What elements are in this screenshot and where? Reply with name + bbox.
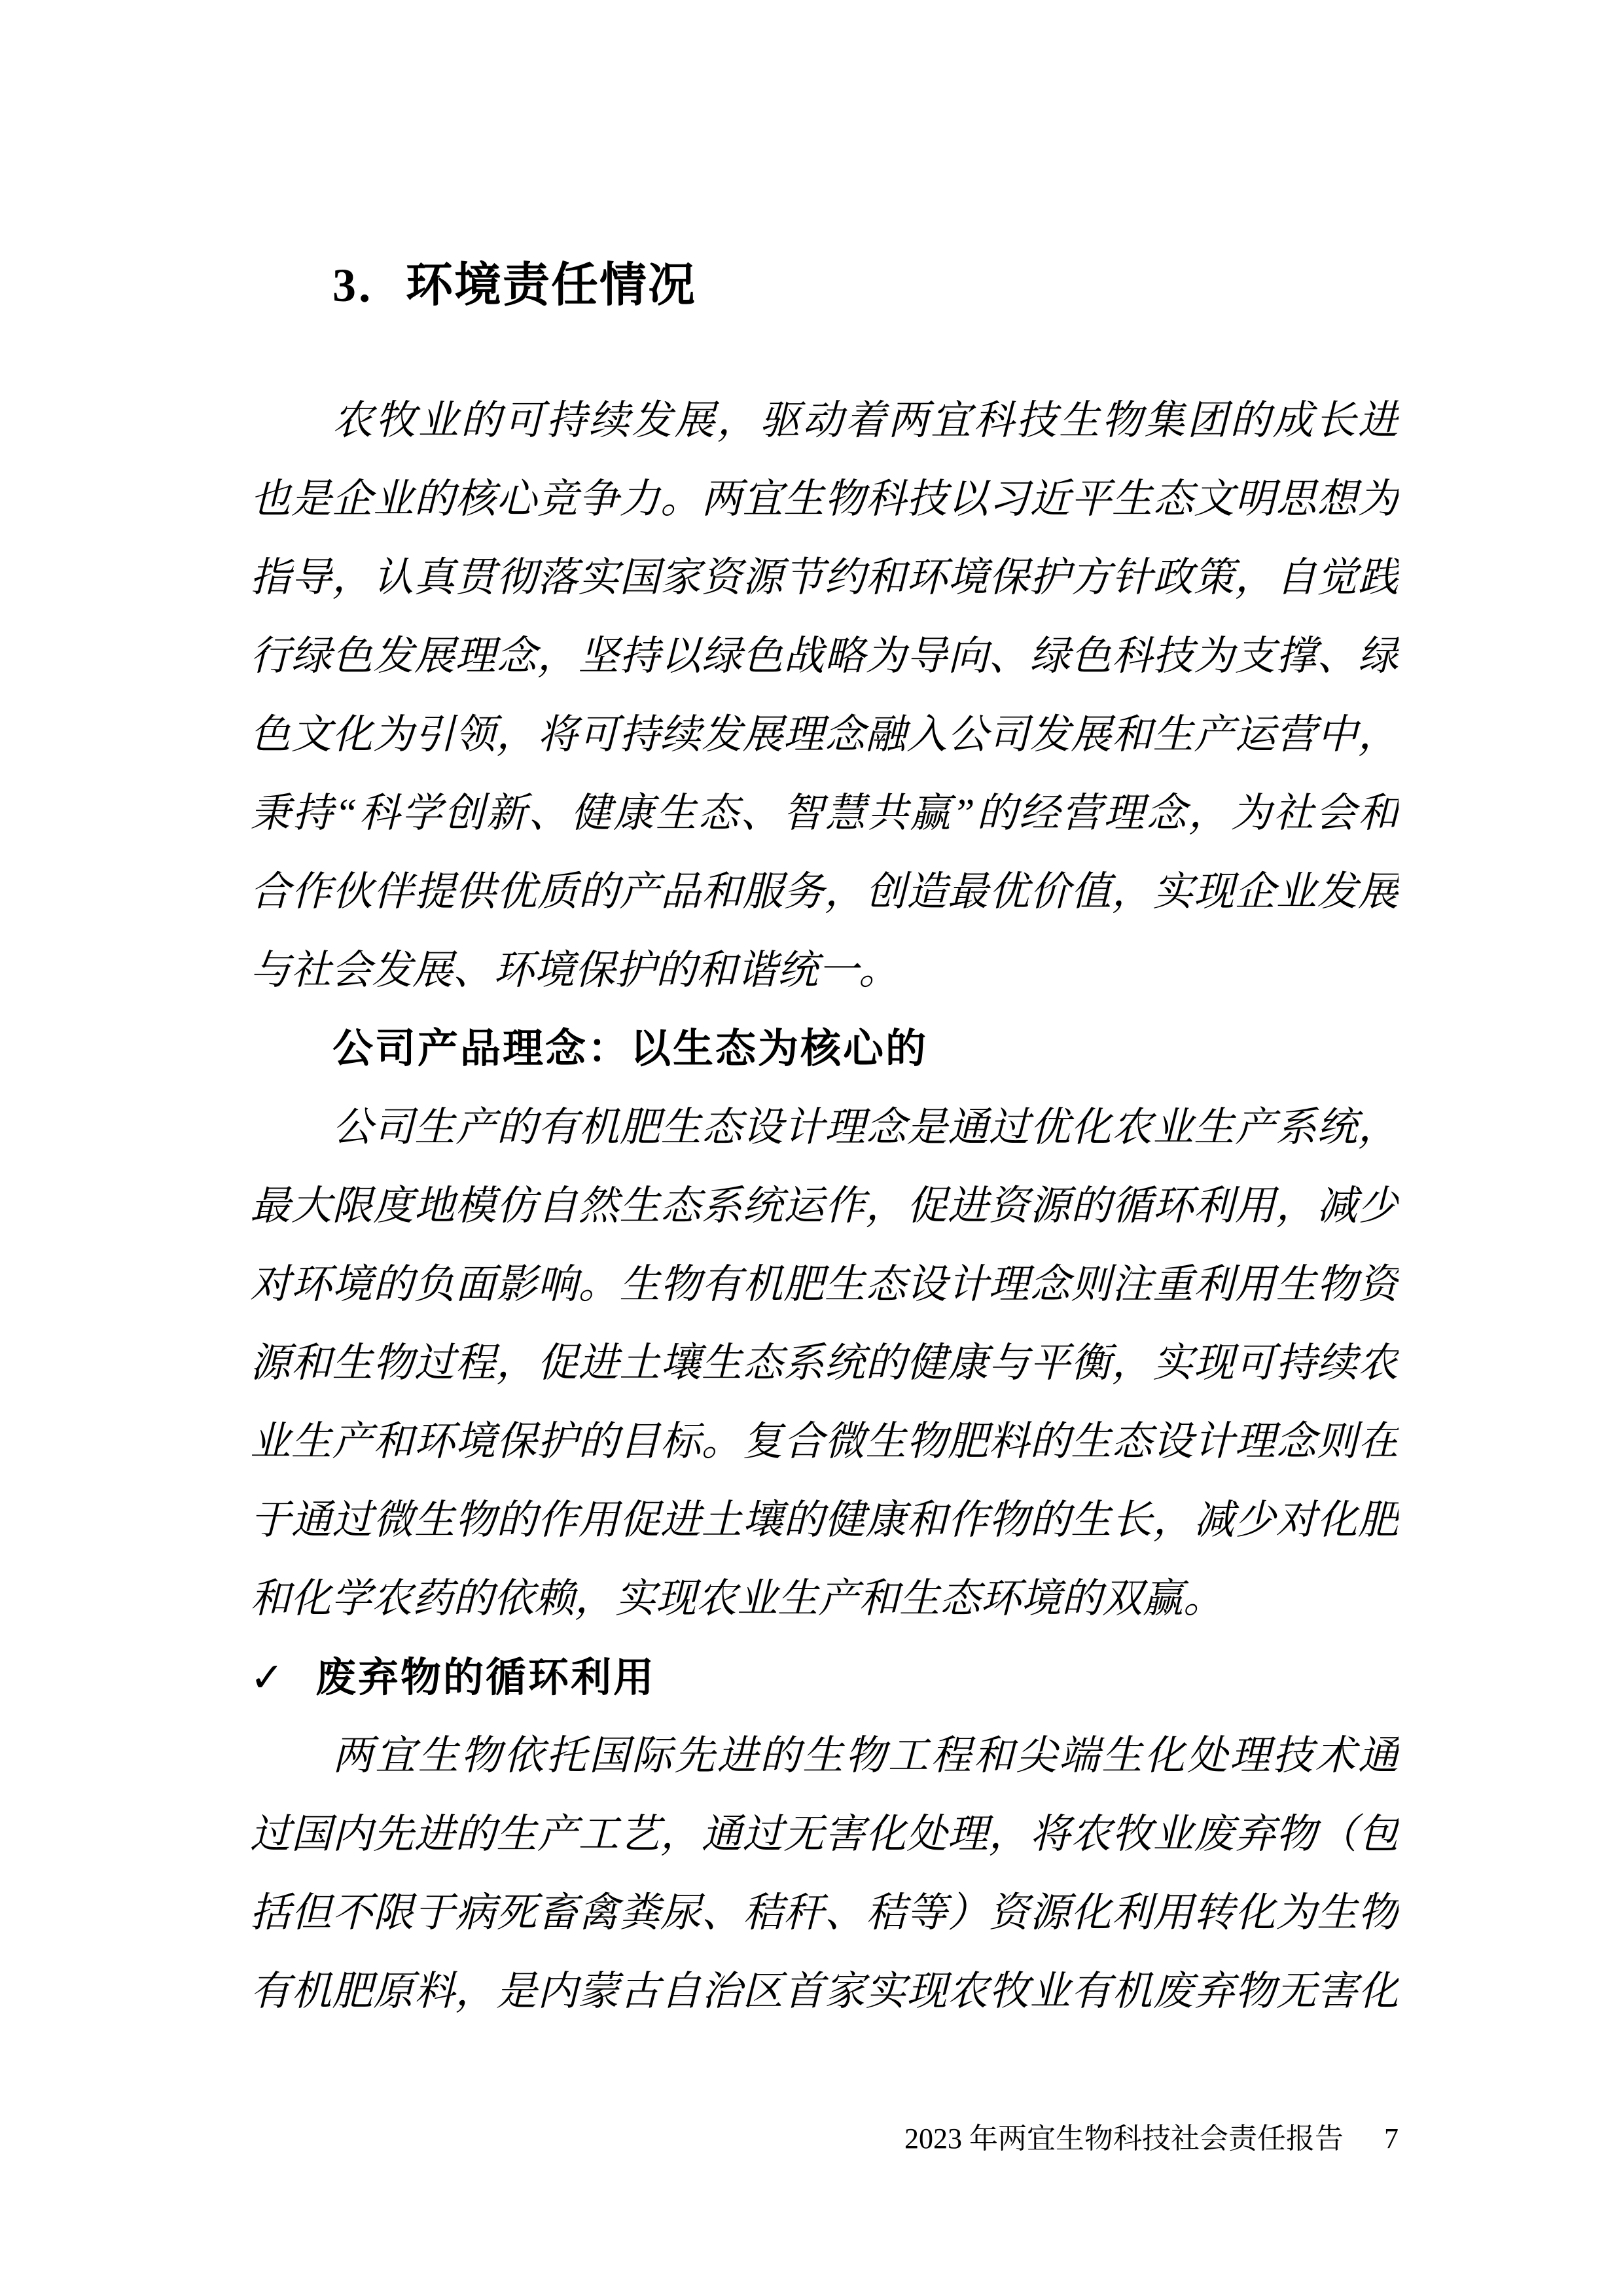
line-text: 括但不限于病死畜禽粪尿、秸秆、秸等）资源化利用转化为生物 <box>250 1891 1399 1935</box>
body-text-line: 括但不限于病死畜禽粪尿、秸秆、秸等）资源化利用转化为生物 <box>250 1874 1399 1952</box>
body-text-line: 于通过微生物的作用促进土壤的健康和作物的生长，减少对化肥 <box>250 1481 1399 1560</box>
checkmark-icon: ✓ <box>250 1638 286 1717</box>
body-text-line: 源和生物过程，促进土壤生态系统的健康与平衡，实现可持续农 <box>250 1324 1399 1403</box>
body-text-line: 有机肥原料，是内蒙古自治区首家实现农牧业有机废弃物无害化 <box>250 1952 1399 2031</box>
bullet-heading-line: ✓废弃物的循环利用 <box>250 1638 1399 1717</box>
line-text: 秉持“科学创新、健康生态、智慧共赢”的经营理念，为社会和 <box>250 791 1399 836</box>
line-text: 公司产品理念：以生态为核心的 <box>332 1027 928 1071</box>
body-text-line: 色文化为引领，将可持续发展理念融入公司发展和生产运营中， <box>250 696 1399 774</box>
line-text: 业生产和环境保护的目标。复合微生物肥料的生态设计理念则在 <box>250 1420 1399 1464</box>
line-text: 农牧业的可持续发展，驱动着两宜科技生物集团的成长进步， <box>250 399 1399 460</box>
body-text-line: 合作伙伴提供优质的产品和服务，创造最优价值，实现企业发展 <box>250 853 1399 931</box>
line-text: 色文化为引领，将可持续发展理念融入公司发展和生产运营中， <box>250 713 1399 757</box>
line-text: 和化学农药的依赖，实现农业生产和生态环境的双赢。 <box>250 1577 1224 1621</box>
body-text-line: 两宜生物依托国际先进的生物工程和尖端生化处理技术通 <box>250 1717 1399 1795</box>
body-text-line: 指导，认真贯彻落实国家资源节约和环境保护方针政策，自觉践 <box>250 539 1399 617</box>
page-number: 7 <box>1384 2119 1399 2159</box>
body-text-line: 过国内先进的生产工艺，通过无害化处理，将农牧业废弃物（包 <box>250 1795 1399 1874</box>
line-text: 源和生物过程，促进土壤生态系统的健康与平衡，实现可持续农 <box>250 1341 1399 1386</box>
body-text-line: 与社会发展、环境保护的和谐统一。 <box>250 931 1399 1010</box>
body-text-line: 公司生产的有机肥生态设计理念是通过优化农业生产系统， <box>250 1088 1399 1167</box>
body-text-line: 业生产和环境保护的目标。复合微生物肥料的生态设计理念则在 <box>250 1403 1399 1481</box>
footer-report-title: 2023 年两宜生物科技社会责任报告 <box>904 2119 1344 2159</box>
page-content: 3．环境责任情况 农牧业的可持续发展，驱动着两宜科技生物集团的成长进步，也是企业… <box>250 246 1399 2031</box>
subheading-line: 公司产品理念：以生态为核心的 <box>250 1010 1399 1088</box>
body-text-line: 农牧业的可持续发展，驱动着两宜科技生物集团的成长进步， <box>250 382 1399 460</box>
line-text: 于通过微生物的作用促进土壤的健康和作物的生长，减少对化肥 <box>250 1498 1399 1543</box>
body-text-line: 最大限度地模仿自然生态系统运作，促进资源的循环利用，减少 <box>250 1167 1399 1246</box>
body-text-line: 行绿色发展理念，坚持以绿色战略为导向、绿色科技为支撑、绿 <box>250 617 1399 696</box>
body-text-line: 秉持“科学创新、健康生态、智慧共赢”的经营理念，为社会和 <box>250 774 1399 853</box>
page-footer: 2023 年两宜生物科技社会责任报告 7 <box>904 2119 1399 2159</box>
section-heading: 3．环境责任情况 <box>332 246 1399 325</box>
line-text: 废弃物的循环利用 <box>315 1656 656 1700</box>
line-text: 对环境的负面影响。生物有机肥生态设计理念则注重利用生物资 <box>250 1263 1399 1307</box>
line-text: 也是企业的核心竞争力。两宜生物科技以习近平生态文明思想为 <box>250 477 1399 522</box>
line-text: 两宜生物依托国际先进的生物工程和尖端生化处理技术通 <box>332 1734 1399 1778</box>
line-text: 过国内先进的生产工艺，通过无害化处理，将农牧业废弃物（包 <box>250 1812 1399 1857</box>
line-text: 有机肥原料，是内蒙古自治区首家实现农牧业有机废弃物无害化 <box>250 1969 1399 2014</box>
line-text: 与社会发展、环境保护的和谐统一。 <box>250 948 899 993</box>
body-text-line: 对环境的负面影响。生物有机肥生态设计理念则注重利用生物资 <box>250 1246 1399 1324</box>
report-page: 3．环境责任情况 农牧业的可持续发展，驱动着两宜科技生物集团的成长进步，也是企业… <box>0 0 1623 2296</box>
body-text: 农牧业的可持续发展，驱动着两宜科技生物集团的成长进步，也是企业的核心竞争力。两宜… <box>250 382 1399 2031</box>
line-text: 指导，认真贯彻落实国家资源节约和环境保护方针政策，自觉践 <box>250 556 1399 600</box>
body-text-line: 和化学农药的依赖，实现农业生产和生态环境的双赢。 <box>250 1560 1399 1638</box>
line-text: 行绿色发展理念，坚持以绿色战略为导向、绿色科技为支撑、绿 <box>250 634 1399 679</box>
line-text: 公司生产的有机肥生态设计理念是通过优化农业生产系统， <box>332 1105 1399 1150</box>
line-text: 合作伙伴提供优质的产品和服务，创造最优价值，实现企业发展 <box>250 870 1399 914</box>
body-text-line: 也是企业的核心竞争力。两宜生物科技以习近平生态文明思想为 <box>250 460 1399 539</box>
line-text: 最大限度地模仿自然生态系统运作，促进资源的循环利用，减少 <box>250 1184 1399 1229</box>
